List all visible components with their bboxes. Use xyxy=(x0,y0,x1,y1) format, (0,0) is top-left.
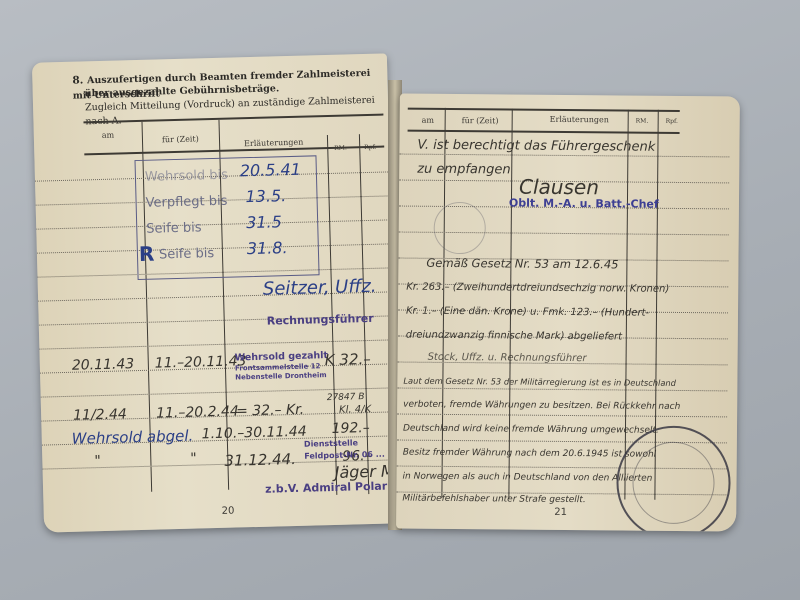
row2-text: = 32.– Kr. xyxy=(236,402,304,420)
paymaster-signature: Seitzer, Uffz. xyxy=(263,276,377,300)
row2-note: 27847 B xyxy=(327,392,365,403)
col-header-am: am xyxy=(422,116,434,125)
page-number-right: 21 xyxy=(554,507,567,518)
note-line-1: Gemäß Gesetz Nr. 53 am 12.6.45 xyxy=(426,256,618,272)
paymaster-stamp: Rechnungsführer xyxy=(267,312,374,328)
bottom-stamp-line3: z.b.V. Admiral Polarküste xyxy=(265,479,399,496)
entitlement-line-1: V. ist berechtigt das Führergeschenk xyxy=(417,138,655,155)
col-header-erlaeuterungen: Erläuterungen xyxy=(244,138,303,149)
rule-header-bottom xyxy=(408,130,680,134)
note-line-2: Kr. 263.– (Zweihundertdreiundsechzig nor… xyxy=(406,282,669,295)
entitlement-line-2: zu empfangen xyxy=(417,162,511,178)
row1-am: 20.11.43 xyxy=(72,356,135,374)
box-value-4: 31.8. xyxy=(247,238,288,258)
row1-amount: K 32.– xyxy=(325,350,371,369)
box-value-1: 20.5.41 xyxy=(240,160,302,181)
section-number: 8. xyxy=(72,74,83,86)
note-line-7: verboten, fremde Währungen zu besitzen. … xyxy=(403,400,680,412)
rule-top xyxy=(408,108,680,112)
note-line-10: in Norwegen als auch in Deutschland von … xyxy=(403,472,653,484)
row2-am: 11/2.44 xyxy=(73,406,127,423)
left-page: 8. Auszufertigen durch Beamten fremder Z… xyxy=(32,53,399,532)
row2-fuer: 11.–20.2.44 xyxy=(156,403,239,421)
col-header-erlaeuterungen: Erläuterungen xyxy=(550,115,609,125)
page-number-left: 20 xyxy=(222,506,235,517)
right-page: am für (Zeit) Erläuterungen RM. Rpf. V. … xyxy=(396,94,740,532)
note-line-4: dreiundzwanzig finnische Mark) abgeliefe… xyxy=(406,330,622,343)
officer-signature: Clausen xyxy=(519,175,599,200)
row1-stamp-line3: Nebenstelle Drontheim xyxy=(235,371,327,381)
col-header-am: am xyxy=(102,131,115,140)
row4-am: " xyxy=(94,453,101,469)
bottom-stamp-line1: Dienststelle xyxy=(304,438,358,448)
box-value-3: 31.5 xyxy=(246,212,282,232)
faint-round-stamp xyxy=(434,202,486,254)
row4-fuer: " xyxy=(190,451,197,467)
row3-fuer: 1.10.–30.11.44 xyxy=(201,424,306,443)
box-label-4: Seife bis xyxy=(159,246,215,262)
col-header-fuer: für (Zeit) xyxy=(462,116,499,125)
row4-text: 31.12.44. xyxy=(224,450,296,470)
note-line-11: Militärbefehlshaber unter Strafe gestell… xyxy=(402,494,585,506)
row2-sign: Kl. 4/K xyxy=(339,404,371,416)
box-mark: R xyxy=(139,242,155,266)
box-label-1: Wehrsold bis xyxy=(145,168,228,185)
note-line-5: Stock, Uffz. u. Rechnungsführer xyxy=(428,352,587,364)
officer-stamp: Oblt. M.-A. u. Batt.-Chef xyxy=(509,196,659,210)
box-label-3: Seife bis xyxy=(146,220,202,236)
row1-fuer: 11.–20.11.43 xyxy=(155,353,247,371)
col-header-fuer: für (Zeit) xyxy=(162,134,199,144)
col-header-rm: RM. xyxy=(636,118,649,125)
row3-amount: 192.– xyxy=(331,420,370,437)
box-label-2: Verpflegt bis xyxy=(145,194,227,211)
box-value-2: 13.5. xyxy=(245,186,286,206)
col-header-rpf: Rpf. xyxy=(666,118,678,125)
note-line-6: Laut dem Gesetz Nr. 53 der Militärregier… xyxy=(403,376,676,388)
note-line-3: Kr. 1.– (Eine dän. Krone) u. Fmk. 123.– … xyxy=(406,306,649,319)
row3-am: Wehrsold abgel. xyxy=(72,427,194,448)
